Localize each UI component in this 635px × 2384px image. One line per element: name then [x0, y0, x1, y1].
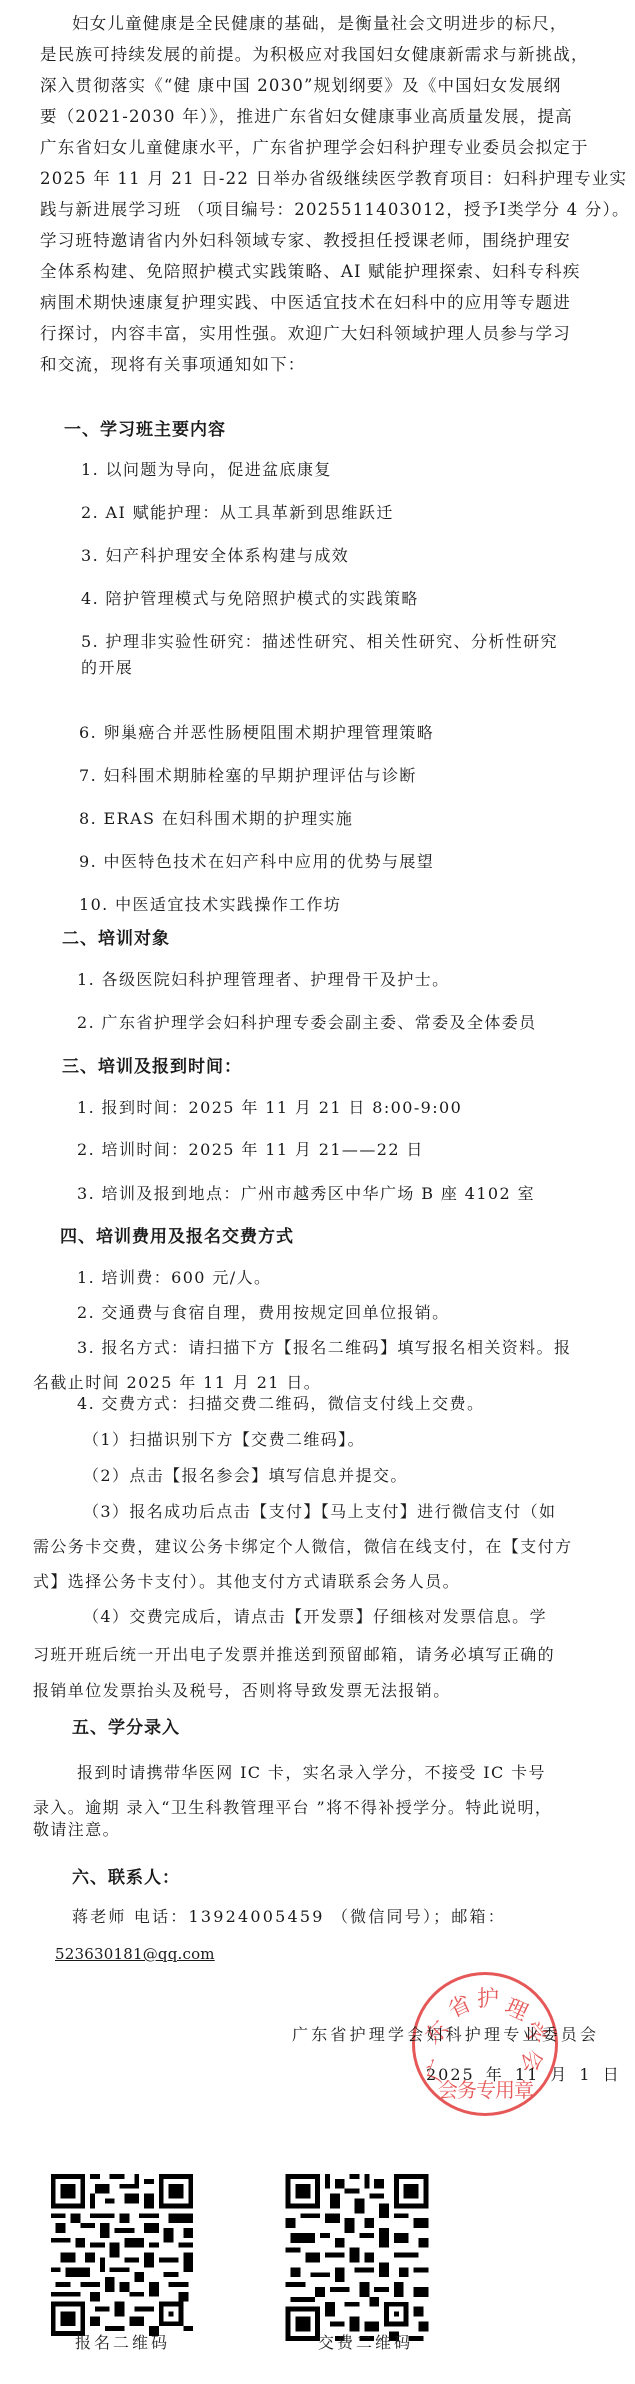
fee-line: 式】选择公务卡支付）。其他支付方式请联系会务人员。: [33, 1569, 460, 1592]
qr-code-icon: [50, 2174, 194, 2336]
payment-qr-caption: 交费二维码: [318, 2330, 413, 2353]
intro-line: 践与新进展学习班 （项目编号：2025511403012，授予Ⅰ类学分 4 分）…: [40, 199, 630, 221]
fee-line: （2）点击【报名参会】填写信息并提交。: [83, 1463, 408, 1486]
fee-line: 4. 交费方式：扫描交费二维码，微信支付线上交费。: [77, 1391, 484, 1414]
registration-qr-code[interactable]: [50, 2174, 194, 2336]
section-heading: 六、联系人：: [72, 1863, 180, 1888]
list-item: 4. 陪护管理模式与免陪照护模式的实践策略: [81, 586, 419, 609]
intro-line: 和交流，现将有关事项通知如下：: [40, 354, 306, 376]
credit-line: 敬请注意。: [33, 1817, 120, 1840]
registration-qr-caption: 报名二维码: [75, 2330, 170, 2353]
section-heading: 四、培训费用及报名交费方式: [60, 1222, 294, 1247]
list-item: 1. 以问题为导向，促进盆底康复: [81, 457, 332, 480]
intro-line: 病围术期快速康复护理实践、中医适宜技术在妇科中的应用等专题进: [40, 292, 571, 314]
list-item: 2. 广东省护理学会妇科护理专委会副主委、常委及全体委员: [77, 1010, 537, 1033]
list-item: 5. 护理非实验性研究：描述性研究、相关性研究、分析性研究: [81, 629, 558, 652]
fee-line: （1）扫描识别下方【交费二维码】。: [83, 1427, 365, 1450]
list-item: 1. 各级医院妇科护理管理者、护理骨干及护士。: [77, 967, 450, 990]
intro-line: 学习班特邀请省内外妇科领域专家、教授担任授课老师，围绕护理安: [40, 230, 571, 252]
fee-line: 3. 报名方式：请扫描下方【报名二维码】填写报名相关资料。报: [77, 1335, 571, 1358]
list-item: 1. 报到时间：2025 年 11 月 21 日 8:00-9:00: [77, 1095, 462, 1118]
payment-qr-code[interactable]: [285, 2174, 429, 2346]
section-heading: 三、培训及报到时间：: [62, 1052, 242, 1077]
intro-line: 2025 年 11 月 21 日-22 日举办省级继续医学教育项目：妇科护理专业…: [40, 168, 627, 190]
qr-code-icon: [285, 2174, 429, 2346]
signature-date: 2025 年 11 月 1 日: [426, 2062, 621, 2085]
section-heading: 五、学分录入: [72, 1713, 180, 1738]
list-item: 10. 中医适宜技术实践操作工作坊: [79, 892, 341, 915]
fee-line: （4）交费完成后，请点击【开发票】仔细核对发票信息。学: [83, 1604, 547, 1627]
intro-line: 行探讨，内容丰富，实用性强。欢迎广大妇科领域护理人员参与学习: [40, 323, 571, 345]
section-heading: 二、培训对象: [62, 924, 170, 949]
list-item: 8. ERAS 在妇科围术期的护理实施: [79, 806, 353, 829]
intro-line: 广东省妇女儿童健康水平，广东省护理学会妇科护理专业委员会拟定于: [40, 137, 589, 159]
list-item: 6. 卵巢癌合并恶性肠梗阻围术期护理管理策略: [79, 720, 434, 743]
credit-line: 报到时请携带华医网 IC 卡，实名录入学分，不接受 IC 卡号: [77, 1760, 546, 1783]
credit-line: 录入。逾期 录入“卫生科教管理平台 ”将不得补授学分。特此说明，: [33, 1795, 552, 1818]
section-heading: 一、学习班主要内容: [64, 415, 226, 440]
list-item: 3. 培训及报到地点：广州市越秀区中华广场 B 座 4102 室: [77, 1181, 535, 1204]
fee-line: （3）报名成功后点击【支付】【马上支付】进行微信支付（如: [83, 1499, 556, 1522]
intro-line: 是民族可持续发展的前提。为积极应对我国妇女健康新需求与新挑战，: [40, 44, 589, 66]
signature-organization: 广东省护理学会妇科护理专业委员会: [292, 2022, 599, 2045]
fee-line: 需公务卡交费，建议公务卡绑定个人微信，微信在线支付，在【支付方: [33, 1534, 572, 1557]
contact-line: 蒋老师 电话：13924005459 （微信同号）；邮箱：: [72, 1904, 506, 1927]
contact-email-link[interactable]: 523630181@qq.com: [55, 1945, 215, 1963]
list-item: 2. 培训时间：2025 年 11 月 21——22 日: [77, 1137, 424, 1160]
list-item: 2. AI 赋能护理：从工具革新到思维跃迁: [81, 500, 394, 523]
fee-line: 习班开班后统一开出电子发票并推送到预留邮箱，请务必填写正确的: [33, 1642, 555, 1665]
fee-line: 2. 交通费与食宿自理，费用按规定回单位报销。: [77, 1300, 450, 1323]
list-item: 9. 中医特色技术在妇产科中应用的优势与展望: [79, 849, 434, 872]
fee-line: 1. 培训费：600 元/人。: [77, 1265, 271, 1288]
intro-line: 妇女儿童健康是全民健康的基础，是衡量社会文明进步的标尺，: [72, 13, 568, 35]
list-item: 7. 妇科围术期肺栓塞的早期护理评估与诊断: [79, 763, 417, 786]
intro-line: 深入贯彻落实《“健 康中国 2030”规划纲要》及《中国妇女发展纲: [40, 75, 561, 97]
intro-line: 要（2021-2030 年）》，推进广东省妇女健康事业高质量发展，提高: [40, 106, 573, 128]
fee-line: 报销单位发票抬头及税号，否则将导致发票无法报销。: [33, 1678, 451, 1701]
intro-line: 全体系构建、免陪照护模式实践策略、AI 赋能护理探索、妇科专科疾: [40, 261, 581, 283]
list-item: 3. 妇产科护理安全体系构建与成效: [81, 543, 349, 566]
list-item-continuation: 的开展: [81, 655, 133, 678]
fee-line: 名截止时间 2025 年 11 月 21 日。: [33, 1370, 321, 1393]
